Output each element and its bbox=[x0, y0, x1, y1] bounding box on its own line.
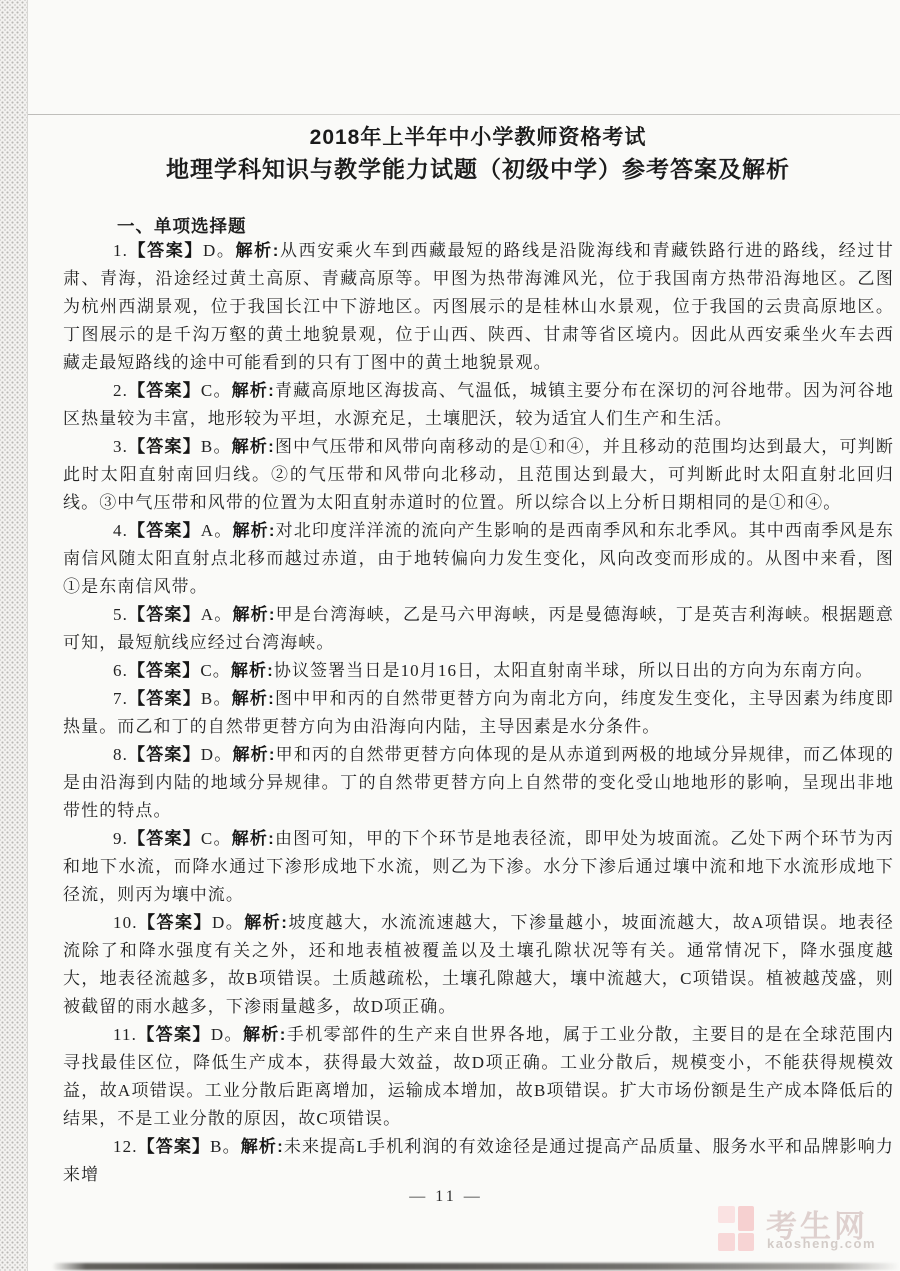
answer-letter: C。 bbox=[201, 381, 232, 400]
analysis-label: 解析: bbox=[232, 829, 275, 848]
answer-letter: B。 bbox=[201, 437, 232, 456]
page-number: — 11 — bbox=[346, 1188, 546, 1206]
analysis-text: 从西安乘火车到西藏最短的路线是沿陇海线和青藏铁路行进的路线，经过甘肃、青海，沿途… bbox=[63, 241, 894, 372]
item-number: 3. bbox=[113, 437, 128, 456]
answer-label: 【答案】 bbox=[128, 437, 201, 456]
item-number: 6. bbox=[113, 661, 128, 680]
analysis-label: 解析: bbox=[232, 381, 275, 400]
answer-label: 【答案】 bbox=[137, 1025, 211, 1044]
answer-label: 【答案】 bbox=[128, 829, 201, 848]
logo-block bbox=[718, 1206, 735, 1223]
analysis-label: 解析: bbox=[232, 745, 275, 764]
answer-label: 【答案】 bbox=[138, 1137, 211, 1156]
answer-letter: D。 bbox=[201, 745, 233, 764]
answer-label: 【答案】 bbox=[128, 241, 203, 260]
analysis-label: 解析: bbox=[232, 605, 275, 624]
answer-letter: B。 bbox=[210, 1137, 241, 1156]
answer-label: 【答案】 bbox=[128, 689, 201, 708]
analysis-label: 解析: bbox=[232, 521, 275, 540]
answer-letter: D。 bbox=[203, 241, 236, 260]
answer-label: 【答案】 bbox=[128, 521, 201, 540]
answer-item-12: 12.【答案】B。解析:未来提高L手机利润的有效途径是通过提高产品质量、服务水平… bbox=[63, 1133, 894, 1189]
answer-label: 【答案】 bbox=[138, 913, 212, 932]
answer-label: 【答案】 bbox=[128, 381, 201, 400]
answer-item-2: 2.【答案】C。解析:青藏高原地区海拔高、气温低，城镇主要分布在深切的河谷地带。… bbox=[63, 377, 894, 433]
answer-item-5: 5.【答案】A。解析:甲是台湾海峡，乙是马六甲海峡，丙是曼德海峡，丁是英吉利海峡… bbox=[63, 601, 894, 657]
analysis-label: 解析: bbox=[243, 1025, 287, 1044]
document-title-line1: 2018年上半年中小学教师资格考试 bbox=[63, 124, 893, 152]
answer-letter: B。 bbox=[201, 689, 232, 708]
logo-block bbox=[738, 1233, 754, 1251]
watermark-site-url: kaosheng.com bbox=[767, 1236, 876, 1251]
page-fold-line bbox=[28, 114, 900, 115]
answer-item-8: 8.【答案】D。解析:甲和丙的自然带更替方向体现的是从赤道到两极的地域分异规律，… bbox=[63, 741, 894, 825]
answer-letter: A。 bbox=[201, 521, 233, 540]
item-number: 9. bbox=[113, 829, 128, 848]
item-number: 5. bbox=[113, 605, 128, 624]
answer-item-10: 10.【答案】D。解析:坡度越大，水流流速越大，下渗量越小，坡面流越大，故A项错… bbox=[63, 909, 894, 1021]
item-number: 4. bbox=[113, 521, 128, 540]
section-heading: 一、单项选择题 bbox=[117, 214, 247, 238]
answers-list: 1.【答案】D。解析:从西安乘火车到西藏最短的路线是沿陇海线和青藏铁路行进的路线… bbox=[63, 237, 894, 1189]
answer-letter: D。 bbox=[212, 913, 244, 932]
analysis-label: 解析: bbox=[232, 437, 275, 456]
item-number: 1. bbox=[113, 241, 128, 260]
analysis-label: 解析: bbox=[236, 241, 280, 260]
watermark: 考生网 kaosheng.com bbox=[716, 1204, 891, 1256]
document-title-line2: 地理学科知识与教学能力试题（初级中学）参考答案及解析 bbox=[63, 153, 893, 185]
answer-item-9: 9.【答案】C。解析:由图可知，甲的下个环节是地表径流，即甲处为坡面流。乙处下两… bbox=[63, 825, 894, 909]
item-number: 11. bbox=[113, 1025, 137, 1044]
answer-letter: A。 bbox=[201, 605, 233, 624]
answer-item-3: 3.【答案】B。解析:图中气压带和风带向南移动的是①和④，并且移动的范围均达到最… bbox=[63, 433, 894, 517]
answer-label: 【答案】 bbox=[128, 661, 200, 680]
item-number: 7. bbox=[113, 689, 128, 708]
answer-item-6: 6.【答案】C。解析:协议签署当日是10月16日，太阳直射南半球，所以日出的方向… bbox=[63, 657, 894, 685]
answer-letter: D。 bbox=[211, 1025, 243, 1044]
scan-bottom-shadow bbox=[52, 1263, 900, 1270]
answer-label: 【答案】 bbox=[128, 745, 201, 764]
answer-label: 【答案】 bbox=[128, 605, 201, 624]
analysis-label: 解析: bbox=[232, 689, 275, 708]
analysis-label: 解析: bbox=[231, 661, 274, 680]
analysis-text: 协议签署当日是10月16日，太阳直射南半球，所以日出的方向为东南方向。 bbox=[274, 661, 874, 680]
answer-item-4: 4.【答案】A。解析:对北印度洋洋流的流向产生影响的是西南季风和东北季风。其中西… bbox=[63, 517, 894, 601]
answer-letter: C。 bbox=[201, 829, 232, 848]
answer-item-11: 11.【答案】D。解析:手机零部件的生产来自世界各地，属于工业分散，主要目的是在… bbox=[63, 1021, 894, 1133]
item-number: 12. bbox=[113, 1137, 138, 1156]
scanned-document-page: 2018年上半年中小学教师资格考试 地理学科知识与教学能力试题（初级中学）参考答… bbox=[0, 0, 900, 1271]
scan-binding-edge bbox=[0, 0, 28, 1271]
analysis-label: 解析: bbox=[241, 1137, 284, 1156]
logo-block bbox=[718, 1233, 735, 1251]
item-number: 8. bbox=[113, 745, 128, 764]
answer-item-7: 7.【答案】B。解析:图中甲和丙的自然带更替方向为南北方向，纬度发生变化，主导因… bbox=[63, 685, 894, 741]
answer-item-1: 1.【答案】D。解析:从西安乘火车到西藏最短的路线是沿陇海线和青藏铁路行进的路线… bbox=[63, 237, 894, 377]
item-number: 2. bbox=[113, 381, 128, 400]
item-number: 10. bbox=[113, 913, 138, 932]
answer-letter: C。 bbox=[200, 661, 231, 680]
analysis-label: 解析: bbox=[244, 913, 288, 932]
logo-block bbox=[738, 1206, 754, 1231]
